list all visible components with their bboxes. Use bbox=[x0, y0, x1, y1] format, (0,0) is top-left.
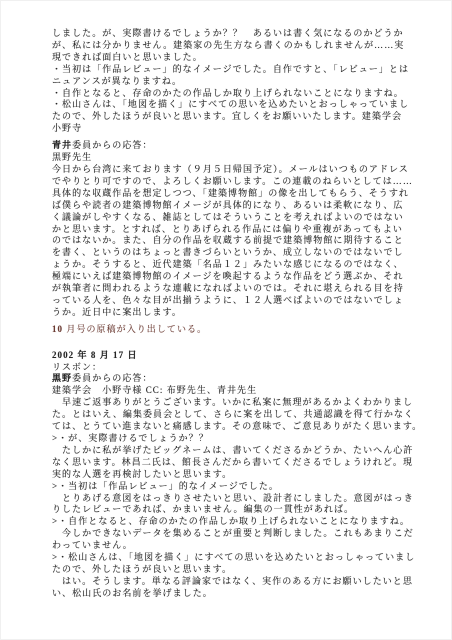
emphasis-text: 黒野 bbox=[52, 373, 72, 383]
text-line: >・自作となると、存命のかたの作品しか取り上げられないことになりますね。 bbox=[52, 516, 410, 528]
text-line: 10 月号の原稿が入り出している。 bbox=[52, 324, 410, 336]
spacer bbox=[52, 336, 410, 350]
text-line: 小野寺 bbox=[52, 123, 410, 135]
text-line: っている人を、色々な目が出揃うように、１２人選べばよいのではないでしょ bbox=[52, 295, 410, 307]
text-line: わっていません。 bbox=[52, 540, 410, 552]
line-text: 月号の原稿が入り出している。 bbox=[66, 324, 207, 334]
text-line: たので、外したほうが良いと思います。 bbox=[52, 564, 410, 576]
document-page: しました。が、実際書けるでしょうか？？ あるいは書く気になるのかどうかが、私には… bbox=[0, 0, 452, 640]
document-body: しました。が、実際書けるでしょうか？？ あるいは書く気になるのかどうかが、私には… bbox=[52, 28, 410, 600]
text-line: ・松山さんは、「地図を描く」にすべての思いを込めたいとおっしゃっていまし bbox=[52, 99, 410, 111]
text-line: 極端にいえば建築博物館のイメージを喚起するような作品をどう選ぶか、それ bbox=[52, 271, 410, 283]
text-line: ば僕らや読者の建築博物館イメージが具体的になり、あるいは柔軟になり、広 bbox=[52, 200, 410, 212]
text-line: い、松山氏のお名前を挙げました。 bbox=[52, 588, 410, 600]
emphasis-text: 10 bbox=[52, 324, 66, 334]
text-line: 青井委員からの応答： bbox=[52, 140, 410, 152]
text-line: 建築学会 小野寺様 CC: 布野先生、青井先生 bbox=[52, 385, 410, 397]
text-line: 現できれば面白いと思いました。 bbox=[52, 52, 410, 64]
text-line: を書く、というのはちょっと書きづらいというか、成立しないのではないでし bbox=[52, 247, 410, 259]
text-line: ・当初は「作品レビュー」的なイメージでした。自作ですと、「レビュー」とは bbox=[52, 64, 410, 76]
text-line: はい。そうします。単なる評論家ではなく、実作のある方にお願いしたいと思 bbox=[52, 576, 410, 588]
text-line: たしかに私が挙げたビッグネームは、書いてくださるかどうか、たいへん心許 bbox=[52, 445, 410, 457]
text-line: しました。が、実際書けるでしょうか？？ あるいは書く気になるのかどうか bbox=[52, 28, 410, 40]
text-line: ・自作となると、存命のかたの作品しか取り上げられないことになりますね。 bbox=[52, 88, 410, 100]
text-line: かと思います。とすれば、とりあげられる作品には偏りや重複があってもよい bbox=[52, 224, 410, 236]
text-line: 2002 年 8 月 17 日 bbox=[52, 350, 410, 362]
text-line: でやりとり可ですので、よろしくお願いします。この連載のねらいとしては…… bbox=[52, 176, 410, 188]
text-line: が、私には分かりません。建築家の先生方なら書くのかもしれませんが……実 bbox=[52, 40, 410, 52]
text-line: 今しかできないデータを集めることが重要と判断しました。これもあまりこだ bbox=[52, 528, 410, 540]
text-line: 具体的な収蔵作品を想定しつつ、「建築博物館」の像を出してもらう、そうすれ bbox=[52, 188, 410, 200]
emphasis-text: 青井 bbox=[52, 140, 72, 150]
text-line: うか。近日中に案出します。 bbox=[52, 307, 410, 319]
text-line: >・が、実際書けるでしょうか？？ bbox=[52, 433, 410, 445]
text-line: リスボン： bbox=[52, 362, 410, 374]
text-line: りしたレビューであれば、かまいません。編集の一貫性があれば。 bbox=[52, 504, 410, 516]
line-text: 委員からの応答： bbox=[72, 373, 152, 383]
text-line: なく思います。林昌二氏は、館長さんだから書いてくださるでしょうけれど。現 bbox=[52, 457, 410, 469]
text-line: とりあげる意図をはっきりさせたいと思い、設計者にしました。意図がはっき bbox=[52, 493, 410, 505]
text-line: ては、とうてい進まないと痛感します。その意味で、ご意見ありがたく思います。 bbox=[52, 421, 410, 433]
text-line: のではないか。また、自分の作品を収蔵する前提で建築博物館に期待すること bbox=[52, 235, 410, 247]
text-line: た。とはいえ、編集委員会として、さらに案を出して、共通認識を得て行かなく bbox=[52, 409, 410, 421]
text-line: ニュアンスが異なりますね。 bbox=[52, 76, 410, 88]
text-line: が執筆者に問われるような連載になればよいのでは。それに堪えられる目を持 bbox=[52, 283, 410, 295]
text-line: たので、外したほうが良いと思います。宜しくをお願いいたします。建築学会 bbox=[52, 111, 410, 123]
text-line: 今日から台湾に来ております（９月５日帰国予定）。メールはいつものアドレス bbox=[52, 164, 410, 176]
text-line: く議論がしやすくなる、雑誌としてはそういうことを考えればよいのではない bbox=[52, 212, 410, 224]
text-line: 早速ご返事ありがとうございます。いかに私案に無理があるかよくわかりまし bbox=[52, 397, 410, 409]
text-line: >・松山さんは、「地図を描く」にすべての思いを込めたいとおっしゃっていまし bbox=[52, 552, 410, 564]
text-line: ょうか。そうすると、近代建築「名品１２」みたいな感じになるのではなく、 bbox=[52, 259, 410, 271]
text-line: >・当初は「作品レビュー」的なイメージでした。 bbox=[52, 481, 410, 493]
text-line: 実的な人選を再検討したいと思います。 bbox=[52, 469, 410, 481]
line-text: 委員からの応答： bbox=[72, 140, 152, 150]
text-line: 黒野先生 bbox=[52, 152, 410, 164]
text-line: 黒野委員からの応答： bbox=[52, 373, 410, 385]
